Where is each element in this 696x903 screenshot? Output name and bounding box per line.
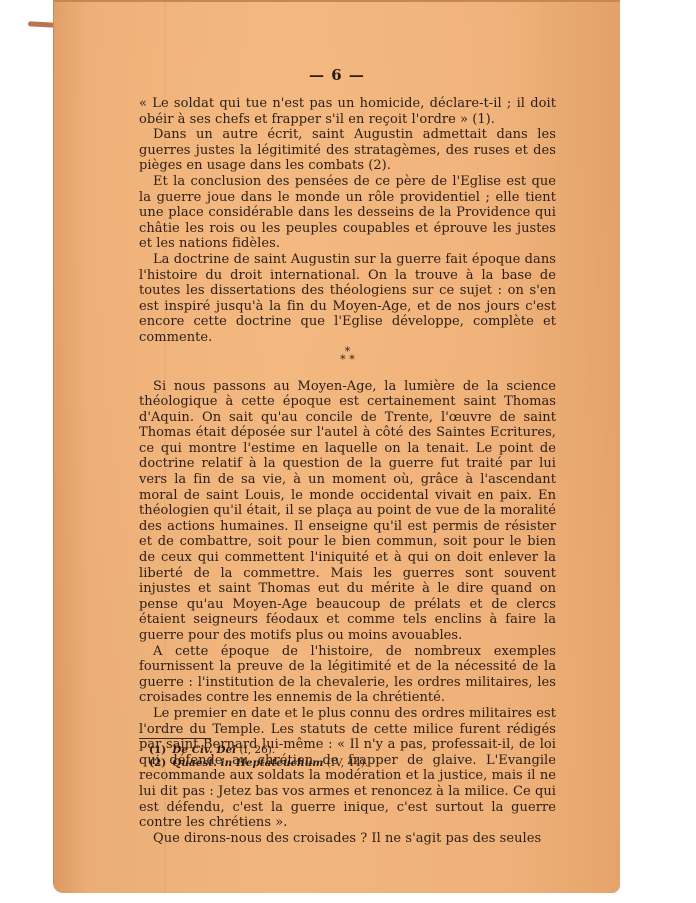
paragraph: A cette époque de l'histoire, de nombreu… (139, 644, 556, 706)
footnote-number: (1) (149, 744, 166, 756)
asterism-bottom: * * (139, 356, 556, 364)
footnote-ref: (IV, 44). (327, 757, 368, 769)
document-page: — 6 — « Le soldat qui tue n'est pas un h… (54, 0, 620, 893)
paragraph: « Le soldat qui tue n'est pas un homicid… (139, 96, 556, 127)
staple (28, 21, 56, 27)
section-asterism: * * * (139, 346, 556, 379)
footnote-title: Quaest. in Heptateuchum (172, 757, 323, 769)
paragraph: Si nous passons au Moyen-Age, la lumière… (139, 379, 556, 644)
body-text: « Le soldat qui tue n'est pas un homicid… (139, 96, 556, 846)
paragraph: La doctrine de saint Augustin sur la gue… (139, 252, 556, 346)
footnote-title: De Civ. Dei (172, 744, 236, 756)
footnote-1: (1)De Civ. Dei (I, 26). (139, 744, 556, 757)
page-number: — 6 — (54, 66, 620, 84)
paragraph: Et la conclusion des pensées de ce père … (139, 174, 556, 252)
footnote-2: (2)Quaest. in Heptateuchum (IV, 44). (139, 757, 556, 770)
footnote-rule (139, 738, 211, 739)
paragraph: Que dirons-nous des croisades ? Il ne s'… (139, 831, 556, 847)
footnote-number: (2) (149, 757, 166, 769)
footnotes: (1)De Civ. Dei (I, 26). (2)Quaest. in He… (139, 738, 556, 769)
paragraph: Dans un autre écrit, saint Augustin adme… (139, 127, 556, 174)
footnote-ref: (I, 26). (240, 744, 276, 756)
